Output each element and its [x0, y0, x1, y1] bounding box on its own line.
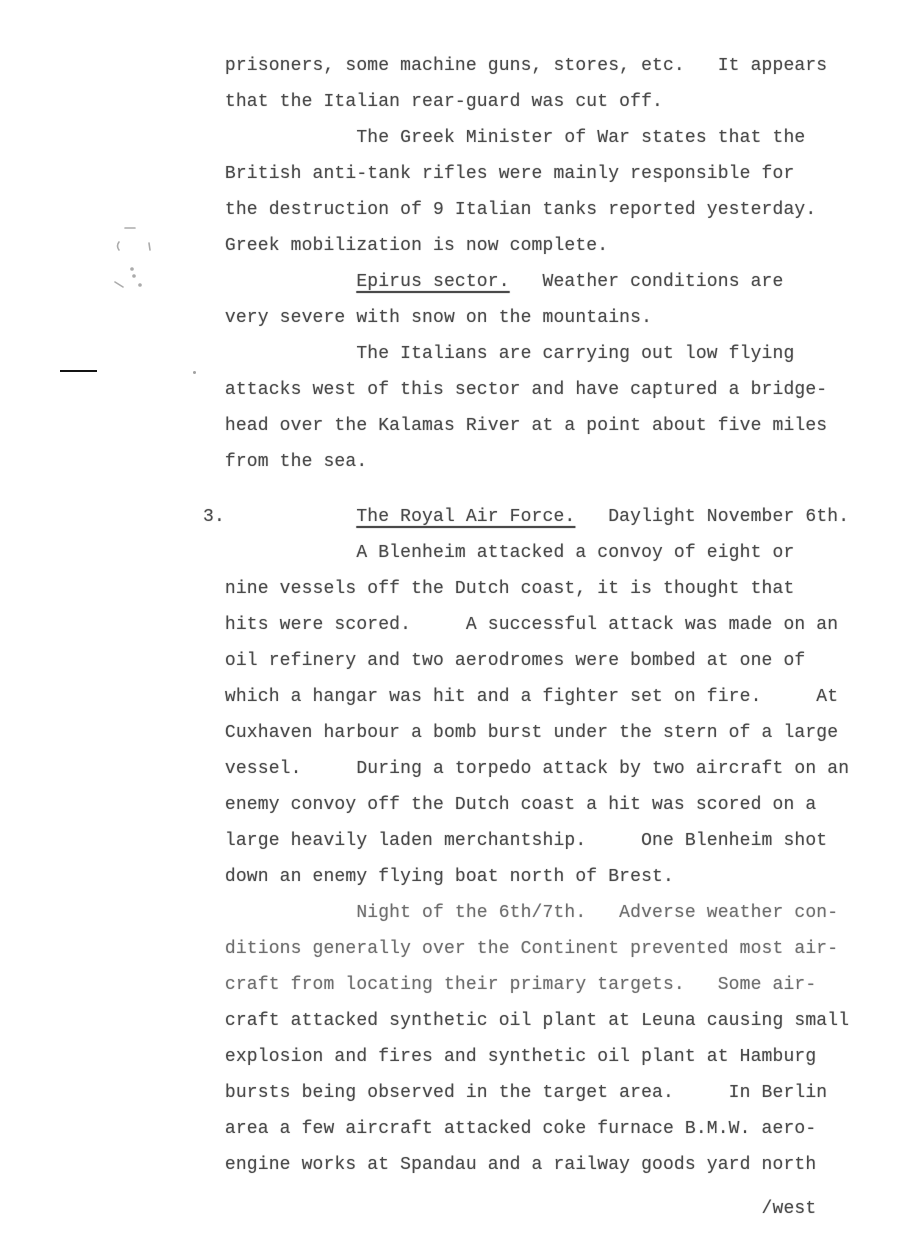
text-line: down an enemy flying boat north of Brest… — [203, 859, 849, 895]
text-segment: craft attacked synthetic oil plant at Le… — [203, 1011, 849, 1031]
text-segment: ditions generally over the Continent pre… — [203, 939, 838, 959]
text-line: bursts being observed in the target area… — [203, 1075, 849, 1111]
text-segment: which a hangar was hit and a fighter set… — [203, 687, 838, 707]
text-line: /west — [203, 1191, 849, 1227]
text-line: large heavily laden merchantship. One Bl… — [203, 823, 849, 859]
text-line: enemy convoy off the Dutch coast a hit w… — [203, 787, 849, 823]
text-line: Night of the 6th/7th. Adverse weather co… — [203, 895, 849, 931]
text-segment: Night of the 6th/7th. Adverse weather co… — [203, 903, 838, 923]
typewritten-text: prisoners, some machine guns, stores, et… — [203, 48, 849, 1227]
text-segment: prisoners, some machine guns, stores, et… — [203, 56, 827, 76]
text-line: very severe with snow on the mountains. — [203, 300, 849, 336]
text-segment: head over the Kalamas River at a point a… — [203, 416, 827, 436]
text-segment: area a few aircraft attacked coke furnac… — [203, 1119, 816, 1139]
text-segment: oil refinery and two aerodromes were bom… — [203, 651, 805, 671]
text-segment: craft from locating their primary target… — [203, 975, 816, 995]
text-line: that the Italian rear-guard was cut off. — [203, 84, 849, 120]
text-line: engine works at Spandau and a railway go… — [203, 1147, 849, 1183]
text-line: vessel. During a torpedo attack by two a… — [203, 751, 849, 787]
text-line: Greek mobilization is now complete. — [203, 228, 849, 264]
text-line: attacks west of this sector and have cap… — [203, 372, 849, 408]
text-line: ditions generally over the Continent pre… — [203, 931, 849, 967]
text-segment: that the Italian rear-guard was cut off. — [203, 92, 663, 112]
section-heading: Epirus sector. — [356, 272, 509, 292]
text-segment — [203, 272, 356, 292]
ink-speck — [193, 371, 196, 374]
text-line: nine vessels off the Dutch coast, it is … — [203, 571, 849, 607]
text-segment: A Blenheim attacked a convoy of eight or — [203, 543, 794, 563]
text-segment: explosion and fires and synthetic oil pl… — [203, 1047, 816, 1067]
text-segment: from the sea. — [203, 452, 367, 472]
text-segment: engine works at Spandau and a railway go… — [203, 1155, 816, 1175]
text-segment: Greek mobilization is now complete. — [203, 236, 608, 256]
text-line: craft attacked synthetic oil plant at Le… — [203, 1003, 849, 1039]
text-segment: Daylight November 6th. — [575, 507, 849, 527]
text-segment: attacks west of this sector and have cap… — [203, 380, 827, 400]
text-line: hits were scored. A successful attack wa… — [203, 607, 849, 643]
text-line: 3. The Royal Air Force. Daylight Novembe… — [203, 499, 849, 535]
pencil-marks-icon — [110, 220, 162, 296]
text-line: which a hangar was hit and a fighter set… — [203, 679, 849, 715]
section-heading: The Royal Air Force. — [356, 507, 575, 527]
text-segment: nine vessels off the Dutch coast, it is … — [203, 579, 794, 599]
text-line: oil refinery and two aerodromes were bom… — [203, 643, 849, 679]
text-segment: Weather conditions are — [510, 272, 784, 292]
text-segment: /west — [203, 1199, 816, 1219]
text-segment: the destruction of 9 Italian tanks repor… — [203, 200, 816, 220]
text-line: Epirus sector. Weather conditions are — [203, 264, 849, 300]
text-segment: hits were scored. A successful attack wa… — [203, 615, 838, 635]
text-line: British anti-tank rifles were mainly res… — [203, 156, 849, 192]
text-line: craft from locating their primary target… — [203, 967, 849, 1003]
text-segment: The Greek Minister of War states that th… — [203, 128, 805, 148]
text-segment: Cuxhaven harbour a bomb burst under the … — [203, 723, 838, 743]
text-line: The Italians are carrying out low flying — [203, 336, 849, 372]
text-line: A Blenheim attacked a convoy of eight or — [203, 535, 849, 571]
document-page: prisoners, some machine guns, stores, et… — [0, 0, 900, 1254]
text-segment: enemy convoy off the Dutch coast a hit w… — [203, 795, 816, 815]
text-line: Cuxhaven harbour a bomb burst under the … — [203, 715, 849, 751]
text-segment: bursts being observed in the target area… — [203, 1083, 827, 1103]
margin-stray-line — [60, 370, 97, 372]
text-line: prisoners, some machine guns, stores, et… — [203, 48, 849, 84]
text-segment: very severe with snow on the mountains. — [203, 308, 652, 328]
text-segment: large heavily laden merchantship. One Bl… — [203, 831, 827, 851]
text-line: head over the Kalamas River at a point a… — [203, 408, 849, 444]
text-line: area a few aircraft attacked coke furnac… — [203, 1111, 849, 1147]
text-segment: 3. — [203, 507, 356, 527]
text-segment: vessel. During a torpedo attack by two a… — [203, 759, 849, 779]
text-line: The Greek Minister of War states that th… — [203, 120, 849, 156]
text-line: from the sea. — [203, 444, 849, 480]
text-line: explosion and fires and synthetic oil pl… — [203, 1039, 849, 1075]
text-segment: down an enemy flying boat north of Brest… — [203, 867, 674, 887]
text-line: the destruction of 9 Italian tanks repor… — [203, 192, 849, 228]
text-segment: The Italians are carrying out low flying — [203, 344, 794, 364]
text-segment: British anti-tank rifles were mainly res… — [203, 164, 794, 184]
